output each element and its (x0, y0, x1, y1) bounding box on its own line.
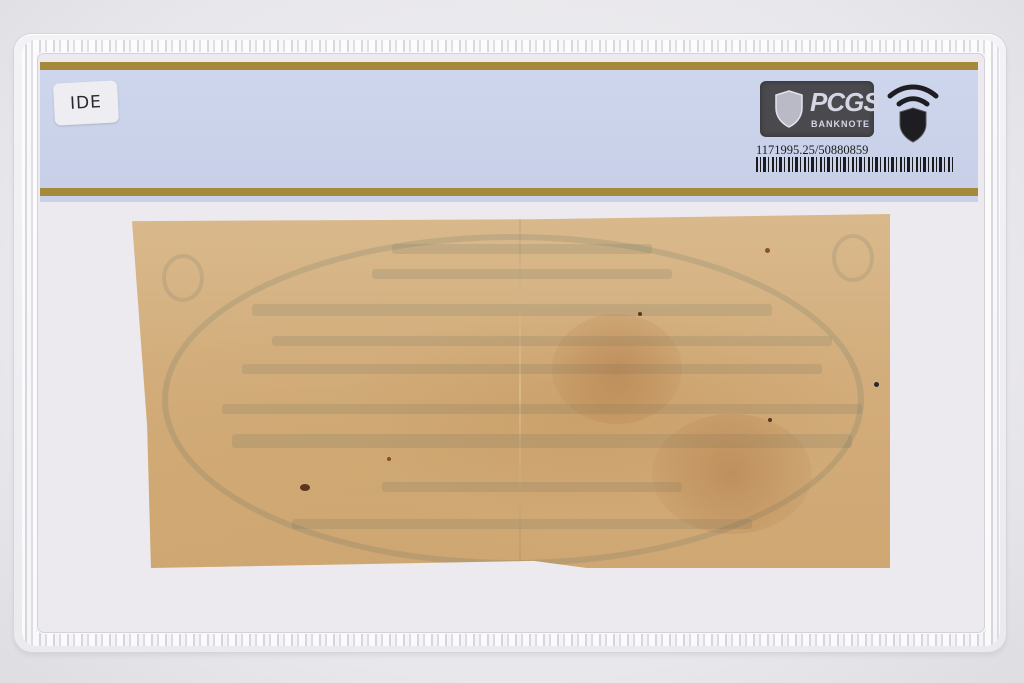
brand-name: PCGS (810, 87, 880, 118)
stain (552, 314, 682, 424)
barcode (756, 157, 954, 172)
stain (652, 414, 812, 534)
corner-rosette (832, 234, 874, 282)
brand-subtitle: BANKNOTE (811, 119, 870, 129)
center-fold-line (519, 214, 521, 568)
bleed-through-text (252, 304, 772, 316)
inventory-sticker: IDE (53, 80, 119, 125)
ink-spot (387, 457, 391, 461)
bleed-through-text (222, 404, 862, 414)
label-gold-trim-top (40, 62, 978, 70)
bleed-through-text (372, 269, 672, 279)
ink-spot (768, 418, 772, 422)
ink-spot (638, 312, 642, 316)
pcgs-banknote-logo: PCGS BANKNOTE (760, 81, 874, 137)
nfc-shield-icon (886, 82, 940, 144)
bleed-through-text (272, 336, 832, 346)
ink-spot (765, 248, 770, 253)
bleed-through-text (392, 244, 652, 254)
corner-rosette (162, 254, 204, 302)
banknote-back (132, 214, 890, 568)
label-gold-trim-bottom (40, 188, 978, 196)
certification-number: 1171995.25/50880859 (756, 143, 868, 158)
ink-spot (300, 484, 310, 491)
shield-icon (774, 90, 804, 128)
bleed-through-text (242, 364, 822, 374)
bleed-through-text (382, 482, 682, 492)
ink-spot (874, 382, 879, 387)
